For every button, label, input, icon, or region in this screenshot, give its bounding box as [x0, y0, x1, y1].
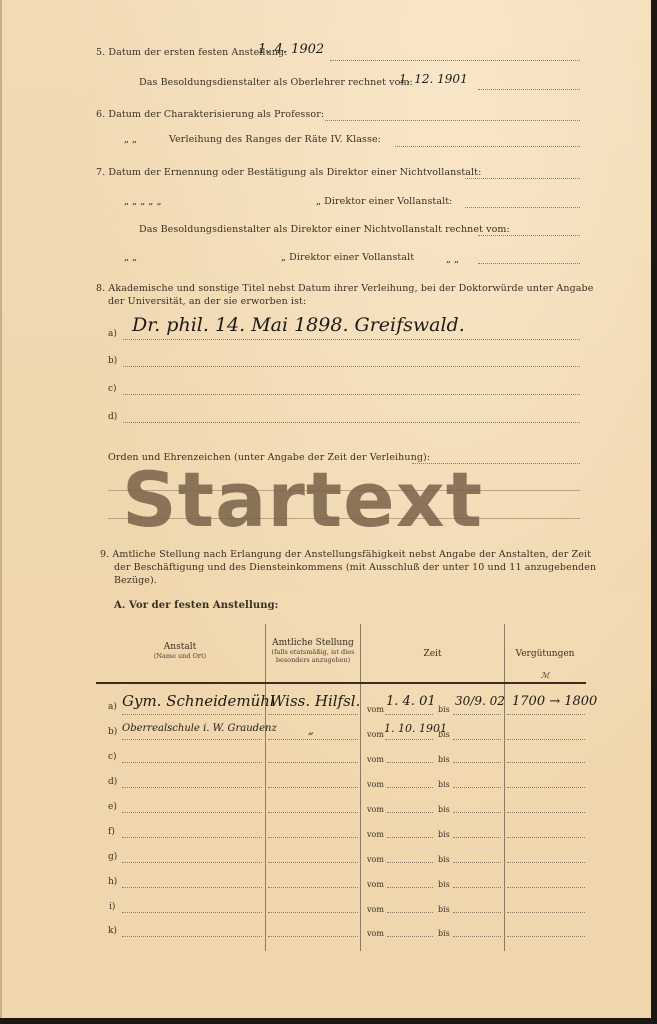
row-verguetung-line	[507, 739, 585, 740]
row-stellung-line	[268, 762, 358, 763]
q8-item-line	[123, 422, 580, 423]
row-letter: f)	[108, 827, 115, 837]
row-stellung-line	[268, 714, 358, 715]
row-vom-line	[387, 762, 433, 763]
header-anstalt-label: Anstalt	[164, 642, 196, 652]
q7-ditto-row: „ „ „ „ „	[124, 196, 162, 207]
q9-label-line2: der Beschäftigung und des Diensteinkomme…	[114, 562, 596, 573]
row-stellung: „	[308, 724, 314, 737]
row-vom-line	[387, 837, 433, 838]
q7-line4-ditto: „ „	[124, 252, 137, 263]
row-vom-value: 1. 4. 01	[386, 694, 436, 709]
q6-fill-line	[325, 120, 580, 121]
row-verguetung-line	[507, 762, 585, 763]
q5-sub-label: Das Besoldungsdienstalter als Oberlehrer…	[139, 77, 413, 88]
row-bis-label: bis	[438, 830, 450, 839]
q7-line3-label: Das Besoldungsdienstalter als Direktor e…	[139, 224, 510, 235]
q8-item-line	[123, 394, 580, 395]
q5-sub-value: 1. 12. 1901	[399, 72, 468, 86]
row-vom-label: vom	[367, 780, 384, 789]
q8-item-letter: d)	[108, 412, 117, 422]
row-vom-label: vom	[367, 929, 384, 938]
row-letter: b)	[108, 727, 117, 737]
row-bis-line	[453, 887, 501, 888]
header-currency: ℳ	[505, 671, 585, 680]
q6-label: 6. Datum der Charakterisierung als Profe…	[96, 109, 324, 120]
row-letter: a)	[108, 702, 117, 712]
row-vom-label: vom	[367, 880, 384, 889]
document-page: 5. Datum der ersten festen Anstellung: 1…	[0, 0, 651, 1018]
row-anstalt: Oberrealschule i. W. Graudenz	[122, 723, 277, 734]
row-anstalt: Gym. Schneidemühl	[122, 692, 275, 710]
row-vom-line	[387, 887, 433, 888]
row-vom-line	[387, 936, 433, 937]
q6-sub-label: Verleihung des Ranges der Räte IV. Klass…	[169, 134, 381, 145]
row-bis-label: bis	[438, 880, 450, 889]
row-bis-label: bis	[438, 855, 450, 864]
row-verguetung-line	[507, 936, 585, 937]
q7-line2-label: „ Direktor einer Vollanstalt:	[316, 196, 452, 207]
row-vom-line	[387, 812, 433, 813]
row-bis-label: bis	[438, 780, 450, 789]
row-verguetung-line	[507, 887, 585, 888]
row-stellung-line	[268, 739, 358, 740]
row-bis-line	[453, 812, 501, 813]
q8-item-letter: c)	[108, 384, 117, 394]
row-anstalt-line	[122, 762, 262, 763]
header-verguetungen: Vergütungen	[505, 649, 585, 659]
row-vom-line	[385, 739, 433, 740]
q9-label-line1: 9. Amtliche Stellung nach Erlangung der …	[100, 549, 591, 560]
scan-border-right	[651, 0, 657, 1024]
row-vom-label: vom	[367, 705, 384, 714]
q7-line4-label: „ Direktor einer Vollanstalt	[281, 252, 414, 263]
row-anstalt-line	[122, 936, 262, 937]
header-stellung-sub2: besonders anzugeben)	[266, 656, 360, 664]
row-verguetung-line	[507, 787, 585, 788]
header-zeit: Zeit	[361, 649, 504, 659]
row-bis-line	[453, 739, 501, 740]
row-bis-line	[453, 787, 501, 788]
row-bis-label: bis	[438, 905, 450, 914]
row-vom-label: vom	[367, 830, 384, 839]
q7-line2-fill	[465, 207, 580, 208]
row-bis-label: bis	[438, 929, 450, 938]
row-bis-label: bis	[438, 755, 450, 764]
row-stellung: Wiss. Hilfsl.	[270, 692, 360, 710]
q8-item-letter: a)	[108, 329, 117, 339]
q7-fill-line	[465, 178, 580, 179]
row-vom-label: vom	[367, 730, 384, 739]
row-letter: c)	[108, 752, 117, 762]
row-vom-line	[387, 862, 433, 863]
q8-label-line2: der Universität, an der sie erworben ist…	[108, 296, 306, 307]
section-a-heading: A. Vor der festen Anstellung:	[114, 600, 278, 611]
row-vom-line	[387, 787, 433, 788]
row-bis-line	[453, 837, 501, 838]
q5-sub-fill-line	[478, 89, 580, 90]
row-stellung-line	[268, 862, 358, 863]
row-bis-line	[453, 714, 501, 715]
row-anstalt-line	[122, 837, 262, 838]
row-stellung-line	[268, 912, 358, 913]
q7-label: 7. Datum der Ernennung oder Bestätigung …	[96, 167, 481, 178]
row-stellung-line	[268, 887, 358, 888]
row-bis-value: 30/9. 02	[455, 694, 505, 708]
row-verguetung-line	[507, 714, 585, 715]
col-divider	[265, 624, 266, 951]
row-anstalt-line	[122, 862, 262, 863]
row-stellung-line	[268, 812, 358, 813]
q9-label-line3: Bezüge).	[114, 575, 157, 586]
row-bis-line	[453, 912, 501, 913]
row-anstalt-line	[122, 812, 262, 813]
q6-sub-fill-line	[395, 146, 580, 147]
row-letter: d)	[108, 777, 117, 787]
row-verguetung-line	[507, 912, 585, 913]
page-edge-left	[0, 0, 2, 1018]
row-bis-line	[453, 762, 501, 763]
header-stellung-label: Amtliche Stellung	[272, 638, 354, 648]
row-stellung-line	[268, 837, 358, 838]
row-vom-line	[385, 714, 433, 715]
row-bis-label: bis	[438, 705, 450, 714]
row-anstalt-line	[122, 912, 262, 913]
scan-border-bottom	[0, 1018, 657, 1024]
row-verguetung: 1700 → 1800	[512, 694, 597, 709]
row-bis-line	[453, 862, 501, 863]
row-vom-label: vom	[367, 905, 384, 914]
q8-item-value: Dr. phil. 14. Mai 1898. Greifswald.	[132, 314, 465, 336]
row-bis-label: bis	[438, 805, 450, 814]
row-letter: i)	[109, 902, 115, 912]
header-anstalt-sub: (Name und Ort)	[100, 652, 260, 660]
row-anstalt-line	[122, 887, 262, 888]
row-letter: g)	[108, 852, 117, 862]
q5-value: 1. 4. 1902	[258, 42, 324, 57]
header-zeit-label: Zeit	[423, 649, 441, 659]
q6-ditto: „ „	[124, 134, 137, 145]
startext-watermark: Startext	[122, 462, 483, 538]
header-stellung: Amtliche Stellung (falls etatsmäßig, ist…	[266, 638, 360, 664]
q7-line4-fill	[478, 263, 580, 264]
row-verguetung-line	[507, 862, 585, 863]
row-vom-label: vom	[367, 805, 384, 814]
row-vom-label: vom	[367, 855, 384, 864]
header-stellung-sub1: (falls etatsmäßig, ist dies	[266, 648, 360, 656]
header-anstalt: Anstalt (Name und Ort)	[100, 642, 260, 660]
row-letter: k)	[108, 926, 117, 936]
col-divider	[360, 624, 361, 951]
row-stellung-line	[268, 936, 358, 937]
header-rule	[96, 682, 586, 684]
header-verguetungen-label: Vergütungen	[516, 649, 575, 659]
row-vom-label: vom	[367, 755, 384, 764]
row-anstalt-line	[122, 787, 262, 788]
q5-fill-line	[330, 60, 580, 61]
q8-label-line1: 8. Akademische und sonstige Titel nebst …	[96, 283, 593, 294]
row-verguetung-line	[507, 812, 585, 813]
row-anstalt-line	[122, 714, 262, 715]
row-letter: e)	[108, 802, 117, 812]
q7-line4-tail: „ „	[446, 254, 459, 265]
q8-item-line	[123, 339, 580, 340]
q8-item-line	[123, 366, 580, 367]
row-bis-line	[453, 936, 501, 937]
row-stellung-line	[268, 787, 358, 788]
row-anstalt-line	[122, 739, 262, 740]
row-letter: h)	[108, 877, 117, 887]
row-vom-line	[387, 912, 433, 913]
q7-line3-fill	[478, 235, 580, 236]
row-verguetung-line	[507, 837, 585, 838]
q8-item-letter: b)	[108, 356, 117, 366]
row-bis-label: bis	[438, 730, 450, 739]
